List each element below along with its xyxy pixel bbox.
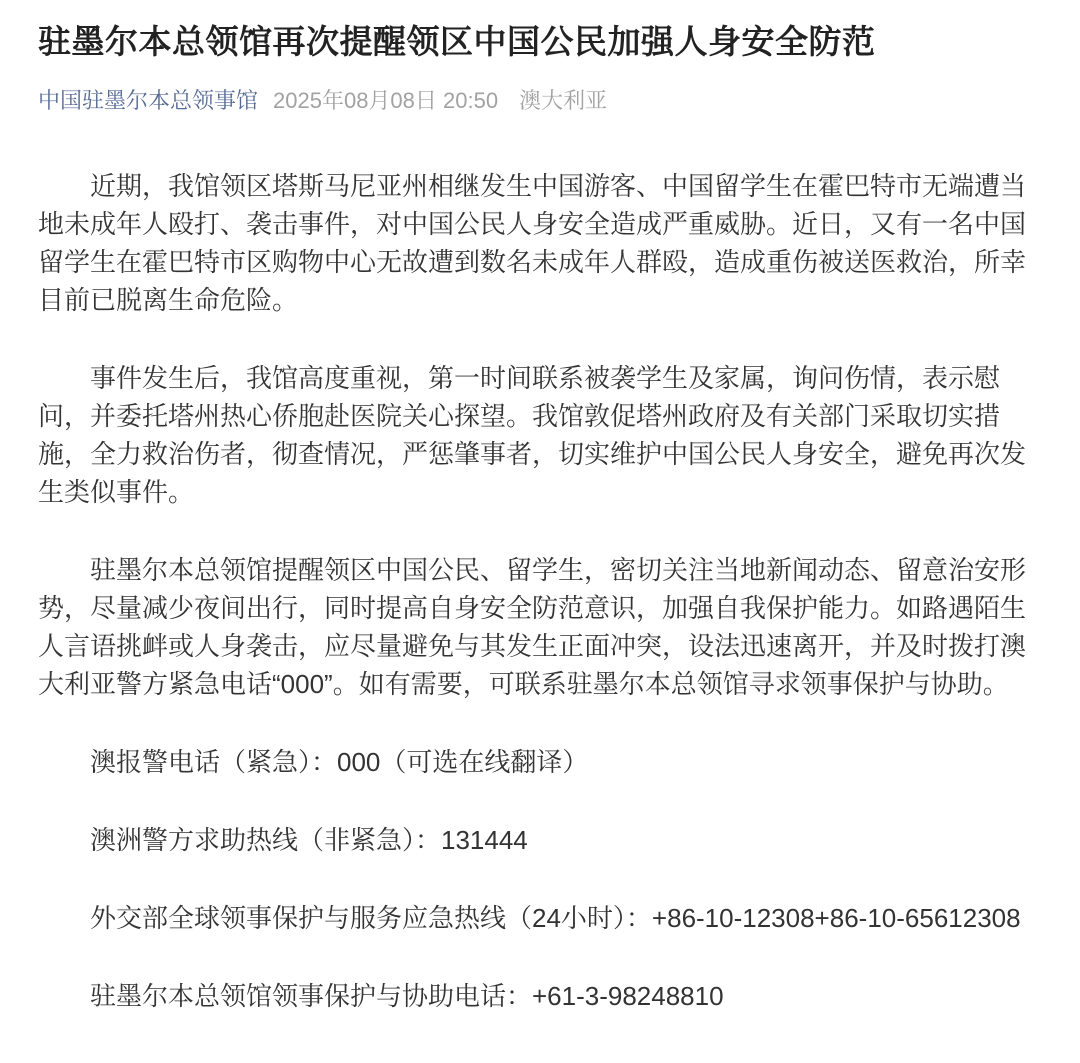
publish-datetime: 2025年08月08日 20:50 — [273, 87, 498, 116]
article-meta: 中国驻墨尔本总领事馆 2025年08月08日 20:50 澳大利亚 — [38, 87, 1040, 116]
publish-location: 澳大利亚 — [519, 87, 607, 116]
article-page: 驻墨尔本总领馆再次提醒领区中国公民加强人身安全防范 中国驻墨尔本总领事馆 202… — [0, 0, 1080, 1063]
paragraph-consulate-response: 事件发生后，我馆高度重视，第一时间联系被袭学生及家属，询问伤情，表示慰问，并委托… — [38, 359, 1040, 511]
account-name-link[interactable]: 中国驻墨尔本总领事馆 — [38, 87, 258, 116]
hotline-mfa-global-consular: 外交部全球领事保护与服务应急热线（24小时）：+86-10-12308+86-1… — [38, 899, 1040, 937]
hotline-melbourne-consulate: 驻墨尔本总领馆领事保护与协助电话：+61-3-98248810 — [38, 977, 1040, 1015]
hotline-australia-emergency: 澳报警电话（紧急）：000（可选在线翻译） — [38, 743, 1040, 781]
hotline-police-non-emergency: 澳洲警方求助热线（非紧急）：131444 — [38, 821, 1040, 859]
article-title: 驻墨尔本总领馆再次提醒领区中国公民加强人身安全防范 — [38, 20, 1040, 64]
article-body: 近期，我馆领区塔斯马尼亚州相继发生中国游客、中国留学生在霍巴特市无端遭当地未成年… — [38, 167, 1040, 1015]
paragraph-safety-advice: 驻墨尔本总领馆提醒领区中国公民、留学生，密切关注当地新闻动态、留意治安形势，尽量… — [38, 551, 1040, 703]
paragraph-incident-report: 近期，我馆领区塔斯马尼亚州相继发生中国游客、中国留学生在霍巴特市无端遭当地未成年… — [38, 167, 1040, 319]
